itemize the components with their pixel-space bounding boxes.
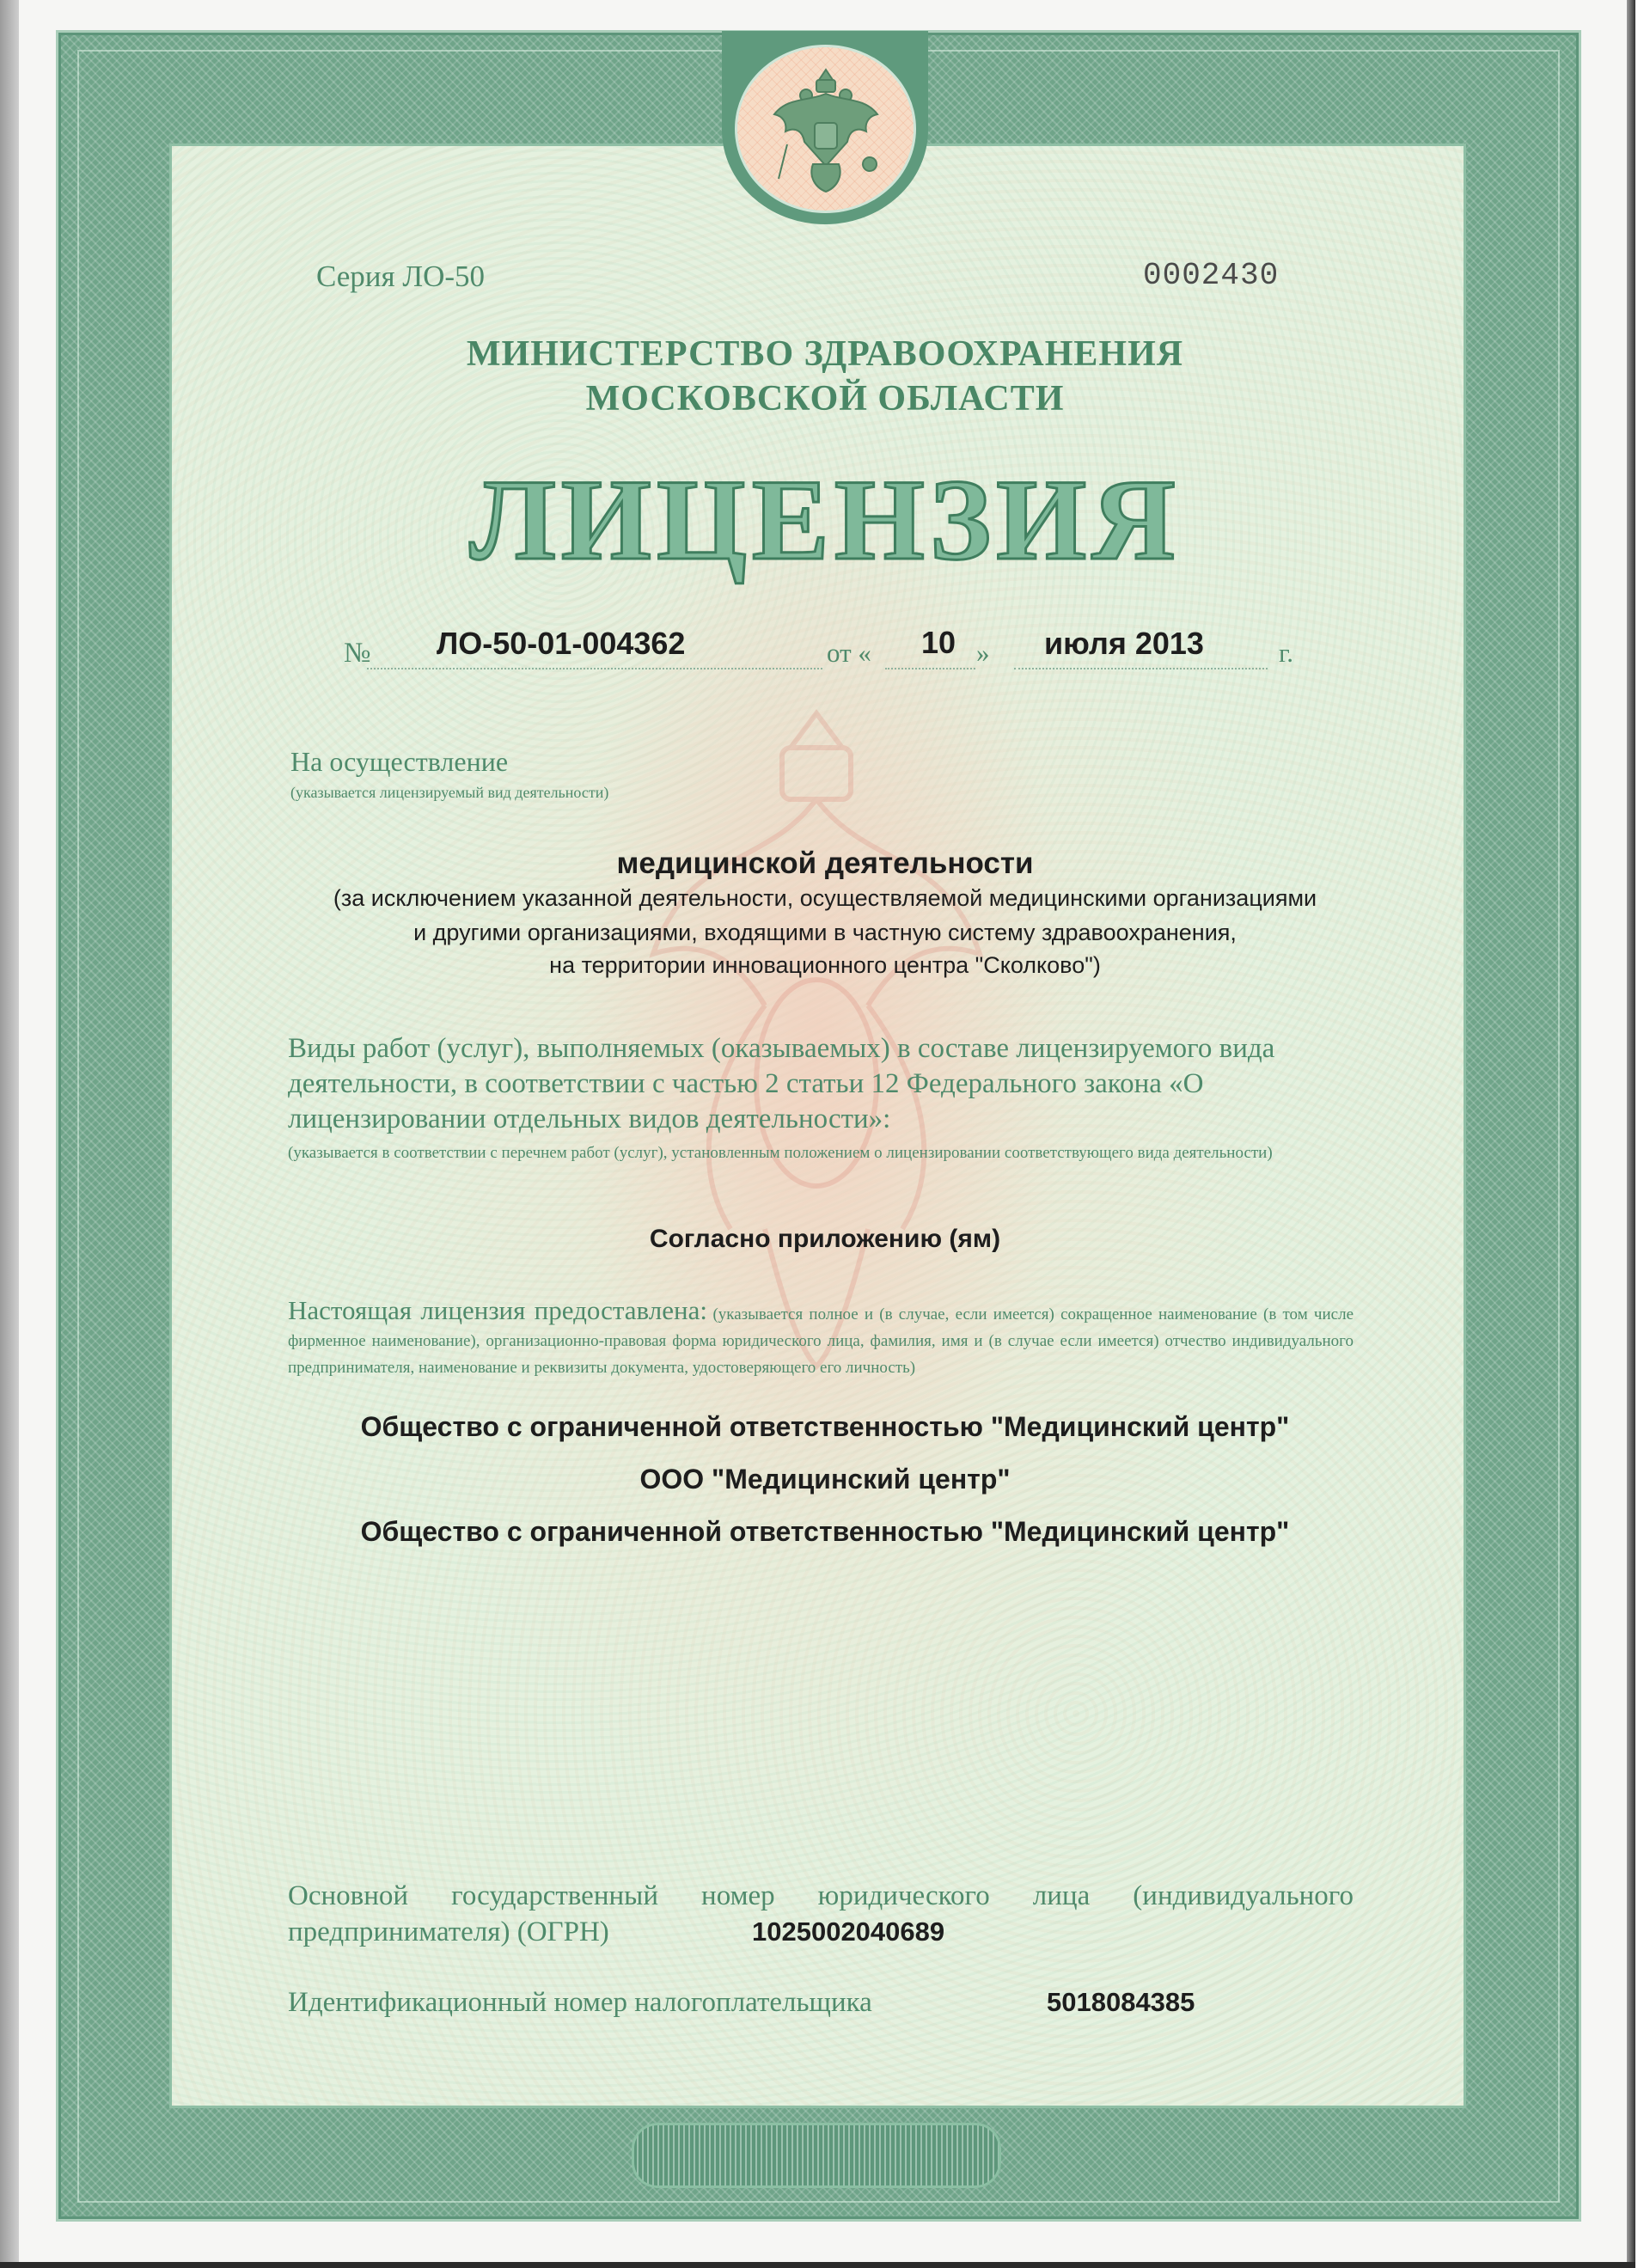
licensee-full-name: Общество с ограниченной ответственностью… — [0, 1411, 1650, 1443]
ogrn-value: 1025002040689 — [752, 1916, 944, 1947]
ogrn-label-line-2: предпринимателя) (ОГРН) — [288, 1916, 609, 1948]
serial-number: 0002430 — [1143, 258, 1279, 293]
number-sign: № — [344, 638, 371, 669]
issue-day: 10 — [921, 625, 956, 661]
issue-month-underline — [1014, 668, 1268, 669]
issuer-line-2: МОСКОВСКОЙ ОБЛАСТИ — [0, 378, 1650, 419]
license-number: ЛО-50-01-004362 — [437, 626, 685, 662]
inn-label: Идентификационный номер налогоплательщик… — [288, 1987, 872, 2019]
activity-detail-1: (за исключением указанной деятельности, … — [0, 885, 1650, 912]
inn-value: 5018084385 — [1047, 1987, 1195, 2018]
activity-detail-3: на территории инновационного центра "Ско… — [0, 952, 1650, 979]
works-label: Виды работ (услуг), выполняемых (оказыва… — [288, 1031, 1354, 1137]
issuer-line-1: МИНИСТЕРСТВО ЗДРАВООХРАНЕНИЯ — [0, 333, 1650, 375]
licensee-label: Настоящая лицензия предоставлена: — [288, 1295, 707, 1325]
bottom-guilloche-cartouche — [632, 2123, 1001, 2188]
activity-value: медицинской деятельности — [0, 847, 1650, 881]
date-from-label: от « — [827, 638, 871, 669]
document-title: ЛИЦЕНЗИЯ — [0, 454, 1650, 587]
russian-eagle-emblem-icon — [761, 63, 890, 196]
issue-day-underline — [885, 668, 975, 669]
activity-hint: (указывается лицензируемый вид деятельно… — [290, 784, 608, 802]
licensee-short-name: ООО "Медицинский центр" — [0, 1464, 1650, 1495]
license-number-underline — [367, 668, 822, 669]
issue-month-year: июля 2013 — [1044, 626, 1204, 662]
date-quote-close: » — [976, 638, 990, 669]
scanner-edge-bottom — [0, 2262, 1635, 2268]
year-suffix: г. — [1279, 638, 1293, 669]
activity-label: На осуществление — [290, 746, 508, 778]
series-label: Серия ЛО-50 — [316, 260, 485, 294]
ogrn-label-line-1: Основной государственный номер юридическ… — [288, 1880, 1354, 1912]
licensee-firm-name: Общество с ограниченной ответственностью… — [0, 1516, 1650, 1548]
licensee-block: Настоящая лицензия предоставлена: (указы… — [288, 1298, 1354, 1382]
works-hint: (указывается в соответствии с перечнем р… — [288, 1143, 1354, 1164]
works-value: Согласно приложению (ям) — [0, 1225, 1650, 1254]
activity-detail-2: и другими организациями, входящими в час… — [0, 920, 1650, 946]
emblem-medallion — [737, 47, 914, 211]
